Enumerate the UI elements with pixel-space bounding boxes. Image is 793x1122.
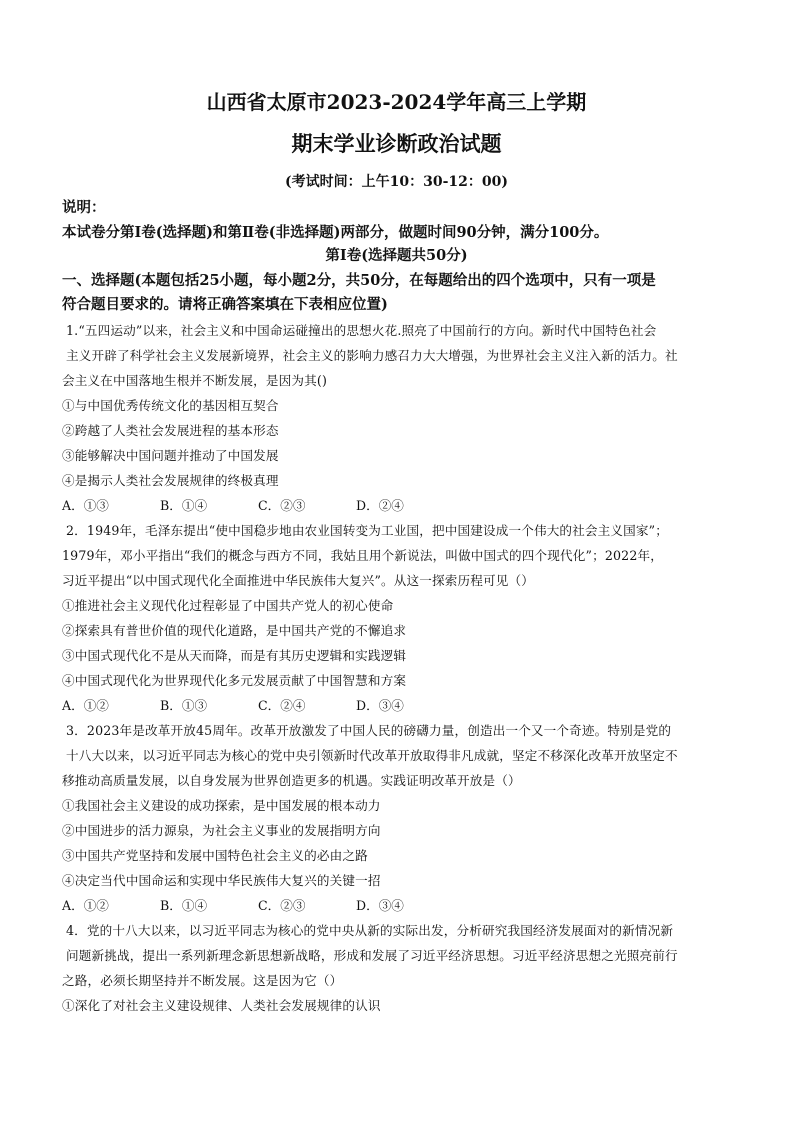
section-heading-line-1: 一、选择题(本题包括25小题，每小题2分，共50分，在每题给出的四个选项中，只有… [62, 271, 656, 291]
option-d: D．②④ [356, 496, 404, 516]
statement: ②中国进步的活力源泉，为社会主义事业的发展指明方向 [62, 821, 381, 841]
question-stem-line: 十八大以来，以习近平同志为核心的党中央引领新时代改革开放取得非凡成就，坚定不移深… [66, 746, 678, 766]
document-subtitle: 期末学业诊断政治试题 [0, 132, 793, 156]
statement: ①推进社会主义现代化过程彰显了中国共产党人的初心使命 [62, 596, 393, 616]
option-a: A．①② [62, 696, 109, 716]
instructions-text: 本试卷分第Ⅰ卷(选择题)和第Ⅱ卷(非选择题)两部分，做题时间90分钟，满分100… [62, 223, 608, 243]
statement: ④决定当代中国命运和实现中华民族伟大复兴的关键一招 [62, 871, 381, 891]
question-stem-line: 主义开辟了科学社会主义发展新境界，社会主义的影响力感召力大大增强，为世界社会主义… [66, 346, 678, 366]
option-c: C．②③ [258, 496, 305, 516]
instructions-label: 说明： [62, 198, 106, 218]
question-stem-line: 会主义在中国落地生根并不断发展，是因为其() [62, 371, 327, 391]
option-b: B．①④ [160, 896, 207, 916]
statement: ②探索具有普世价值的现代化道路，是中国共产党的不懈追求 [62, 621, 406, 641]
exam-page: 山西省太原市2023-2024学年高三上学期 期末学业诊断政治试题 (考试时间：… [0, 0, 793, 1122]
section-title: 第Ⅰ卷(选择题共50分) [0, 246, 793, 266]
option-c: C．②④ [258, 696, 305, 716]
question-stem-line: 移推动高质量发展，以自身发展为世界创造更多的机遇。实践证明改革开放是（） [62, 771, 521, 791]
question-stem-line: 1979年，邓小平指出“我们的概念与西方不同，我姑且用个新说法，叫做中国式的四个… [62, 546, 663, 566]
statement: ①我国社会主义建设的成功探索，是中国发展的根本动力 [62, 796, 381, 816]
question-stem-line: 之路，必须长期坚持并不断发展。这是因为它（） [62, 971, 342, 991]
option-a: A．①③ [62, 496, 109, 516]
option-c: C．②③ [258, 896, 305, 916]
option-a: A．①② [62, 896, 109, 916]
statement: ③中国共产党坚持和发展中国特色社会主义的必由之路 [62, 846, 368, 866]
question-stem-line: 习近平提出“以中国式现代化全面推进中华民族伟大复兴”。从这一探索历程可见（） [62, 571, 534, 591]
statement: ③中国式现代化不是从天而降，而是有其历史逻辑和实践逻辑 [62, 646, 406, 666]
exam-time: (考试时间：上午10：30-12：00) [0, 173, 793, 191]
statement: ②跨越了人类社会发展进程的基本形态 [62, 421, 279, 441]
section-heading-line-2: 符合题目要求的。请将正确答案填在下表相应位置) [62, 295, 388, 315]
statement: ④是揭示人类社会发展规律的终极真理 [62, 471, 279, 491]
question-stem-line: 4．党的十八大以来，以习近平同志为核心的党中央从新的实际出发，分析研究我国经济发… [66, 921, 673, 941]
option-d: D．③④ [356, 696, 404, 716]
option-b: B．①④ [160, 496, 207, 516]
statement: ①与中国优秀传统文化的基因相互契合 [62, 396, 279, 416]
statement: ④中国式现代化为世界现代化多元发展贡献了中国智慧和方案 [62, 671, 406, 691]
option-b: B．①③ [160, 696, 207, 716]
option-d: D．③④ [356, 896, 404, 916]
question-stem-line: 3．2023年是改革开放45周年。改革开放激发了中国人民的磅礴力量，创造出一个又… [66, 721, 671, 741]
question-stem-line: 1.“五四运动”以来，社会主义和中国命运碰撞出的思想火花.照亮了中国前行的方向。… [66, 321, 656, 341]
question-stem-line: 问题新挑战，提出一系列新理念新思想新战略，形成和发展了习近平经济思想。习近平经济… [66, 946, 678, 966]
statement: ③能够解决中国问题并推动了中国发展 [62, 446, 279, 466]
statement: ①深化了对社会主义建设规律、人类社会发展规律的认识 [62, 996, 381, 1016]
document-title: 山西省太原市2023-2024学年高三上学期 [0, 90, 793, 114]
question-stem-line: 2．1949年，毛泽东提出“使中国稳步地由农业国转变为工业国，把中国建设成一个伟… [66, 521, 668, 541]
